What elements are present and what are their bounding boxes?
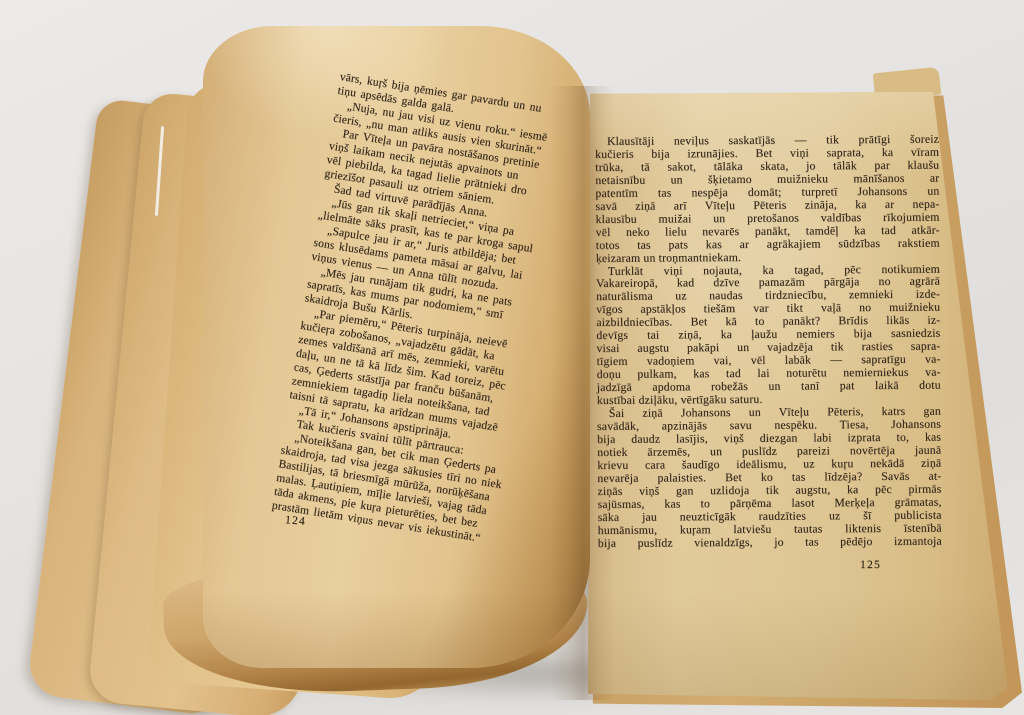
book-photo-scene: Klausītāji neviļus saskatījās — tik prāt… xyxy=(0,0,1024,715)
right-page-number: 125 xyxy=(860,558,881,571)
left-page-text: vārs, kuŗš bija ņēmies gar pavardu un nu… xyxy=(271,70,590,559)
left-page-number: 124 xyxy=(284,513,306,528)
right-page-text: Klausītāji neviļus saskatījās — tik prāt… xyxy=(595,134,942,551)
text-line: totos tas pats kas ar agrākajiem sūdzība… xyxy=(596,237,940,252)
left-page: vārs, kuŗš bija ņēmies gar pavardu un nu… xyxy=(203,26,590,668)
text-line: bija puslīdz vienaldzīgs, jo tas pēdējo … xyxy=(598,535,942,550)
